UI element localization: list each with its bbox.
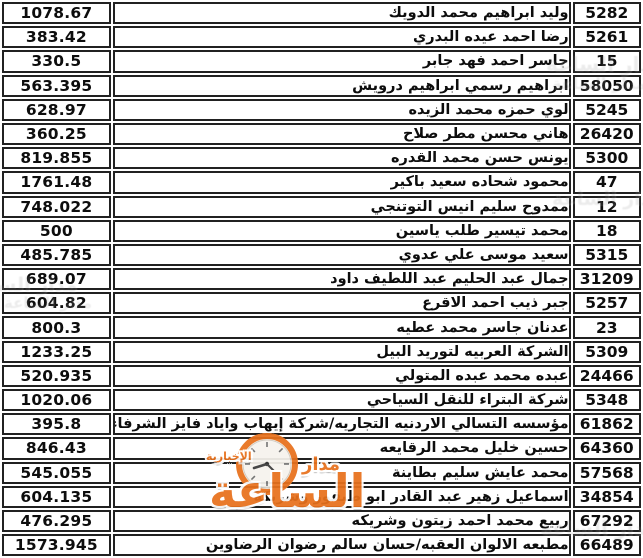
amount-cell: 500 [2, 220, 111, 242]
amount-cell: 485.785 [2, 244, 111, 266]
id-cell: 5300 [573, 147, 641, 169]
amount-cell: 563.395 [2, 75, 111, 97]
amount-cell: 604.135 [2, 486, 111, 508]
name-cell: محمد عايش سليم بطاينة [113, 462, 571, 484]
id-cell: 5309 [573, 341, 641, 363]
name-cell: الشركة العربيه لتوريد البيل [113, 341, 571, 363]
table-row: 800.3 عدنان جاسر محمد عطيه 23 [2, 316, 641, 338]
name-cell: عبده محمد عبده المتولي [113, 365, 571, 387]
id-cell: 34854 [573, 486, 641, 508]
amount-cell: 395.8 [2, 413, 111, 435]
amount-cell: 604.82 [2, 292, 111, 314]
table-row: 1233.25 الشركة العربيه لتوريد البيل 5309 [2, 341, 641, 363]
table-row: 545.055 محمد عايش سليم بطاينة 57568 [2, 462, 641, 484]
table-row: 360.25 هاني محسن مطر صلاح 26420 [2, 123, 641, 145]
id-cell: 47 [573, 171, 641, 193]
amount-cell: 330.5 [2, 50, 111, 72]
table-row: 476.295 ربيع محمد احمد زيتون وشريكه 6729… [2, 510, 641, 532]
id-cell: 26420 [573, 123, 641, 145]
name-cell: لوي حمزه محمد الزيده [113, 99, 571, 121]
name-cell: مطبعه الالوان العقبه/حسان سالم رضوان الر… [113, 534, 571, 556]
id-cell: 58050 [573, 75, 641, 97]
table-row: 846.43 حسين خليل محمد الرقايعه 64360 [2, 437, 641, 459]
amount-cell: 520.935 [2, 365, 111, 387]
id-cell: 5315 [573, 244, 641, 266]
amount-cell: 748.022 [2, 196, 111, 218]
name-cell: جاسر احمد فهد جابر [113, 50, 571, 72]
payments-table: 1078.67 وليد ابراهيم محمد الدويك 5282 38… [0, 0, 643, 558]
name-cell: يونس حسن محمد القدره [113, 147, 571, 169]
name-cell: ابراهيم رسمي ابراهيم درويش [113, 75, 571, 97]
amount-cell: 1573.945 [2, 534, 111, 556]
name-cell: ممدوح سليم انيس التوتنجي [113, 196, 571, 218]
table-row: 1078.67 وليد ابراهيم محمد الدويك 5282 [2, 2, 641, 24]
id-cell: 31209 [573, 268, 641, 290]
amount-cell: 383.42 [2, 26, 111, 48]
id-cell: 18 [573, 220, 641, 242]
id-cell: 67292 [573, 510, 641, 532]
table-row: 1020.06 شركة البتراء للنقل السياحي 5348 [2, 389, 641, 411]
amount-cell: 476.295 [2, 510, 111, 532]
name-cell: سعيد موسى علي عدوي [113, 244, 571, 266]
table-row: 1761.48 محمود شحاده سعيد باكير 47 [2, 171, 641, 193]
name-cell: جمال عبد الحليم عبد اللطيف داود [113, 268, 571, 290]
id-cell: 5257 [573, 292, 641, 314]
id-cell: 64360 [573, 437, 641, 459]
name-cell: هاني محسن مطر صلاح [113, 123, 571, 145]
amount-cell: 689.07 [2, 268, 111, 290]
name-cell: محمود شحاده سعيد باكير [113, 171, 571, 193]
name-cell: اسماعيل زهير عبد القادر ابو طيفور وشريكه [113, 486, 571, 508]
table-row: 330.5 جاسر احمد فهد جابر 15 [2, 50, 641, 72]
name-cell: جبر ذيب احمد الاقرع [113, 292, 571, 314]
table-row: 748.022 ممدوح سليم انيس التوتنجي 12 [2, 196, 641, 218]
name-cell: ربيع محمد احمد زيتون وشريكه [113, 510, 571, 532]
id-cell: 23 [573, 316, 641, 338]
amount-cell: 545.055 [2, 462, 111, 484]
table-row: 485.785 سعيد موسى علي عدوي 5315 [2, 244, 641, 266]
amount-cell: 819.855 [2, 147, 111, 169]
table-row: 563.395 ابراهيم رسمي ابراهيم درويش 58050 [2, 75, 641, 97]
table-row: 500 محمد تيسير طلب ياسين 18 [2, 220, 641, 242]
table-row: 819.855 يونس حسن محمد القدره 5300 [2, 147, 641, 169]
amount-cell: 628.97 [2, 99, 111, 121]
table-row: 1573.945 مطبعه الالوان العقبه/حسان سالم … [2, 534, 641, 556]
amount-cell: 1761.48 [2, 171, 111, 193]
id-cell: 5261 [573, 26, 641, 48]
name-cell: مؤسسه التسالي الاردنيه التجاريه/شركة إيه… [113, 413, 571, 435]
id-cell: 12 [573, 196, 641, 218]
name-cell: حسين خليل محمد الرقايعه [113, 437, 571, 459]
name-cell: وليد ابراهيم محمد الدويك [113, 2, 571, 24]
table-row: 628.97 لوي حمزه محمد الزيده 5245 [2, 99, 641, 121]
id-cell: 61862 [573, 413, 641, 435]
amount-cell: 846.43 [2, 437, 111, 459]
id-cell: 5245 [573, 99, 641, 121]
name-cell: عدنان جاسر محمد عطيه [113, 316, 571, 338]
table-body: 1078.67 وليد ابراهيم محمد الدويك 5282 38… [2, 2, 641, 556]
id-cell: 66489 [573, 534, 641, 556]
amount-cell: 360.25 [2, 123, 111, 145]
table-row: 395.8 مؤسسه التسالي الاردنيه التجاريه/شر… [2, 413, 641, 435]
id-cell: 5348 [573, 389, 641, 411]
id-cell: 5282 [573, 2, 641, 24]
amount-cell: 800.3 [2, 316, 111, 338]
amount-cell: 1233.25 [2, 341, 111, 363]
table-row: 520.935 عبده محمد عبده المتولي 24466 [2, 365, 641, 387]
table-row: 689.07 جمال عبد الحليم عبد اللطيف داود 3… [2, 268, 641, 290]
table-row: 604.82 جبر ذيب احمد الاقرع 5257 [2, 292, 641, 314]
id-cell: 24466 [573, 365, 641, 387]
amount-cell: 1020.06 [2, 389, 111, 411]
id-cell: 57568 [573, 462, 641, 484]
id-cell: 15 [573, 50, 641, 72]
name-cell: رضا احمد عيده البدري [113, 26, 571, 48]
table-row: 604.135 اسماعيل زهير عبد القادر ابو طيفو… [2, 486, 641, 508]
amount-cell: 1078.67 [2, 2, 111, 24]
table-row: 383.42 رضا احمد عيده البدري 5261 [2, 26, 641, 48]
name-cell: محمد تيسير طلب ياسين [113, 220, 571, 242]
name-cell: شركة البتراء للنقل السياحي [113, 389, 571, 411]
